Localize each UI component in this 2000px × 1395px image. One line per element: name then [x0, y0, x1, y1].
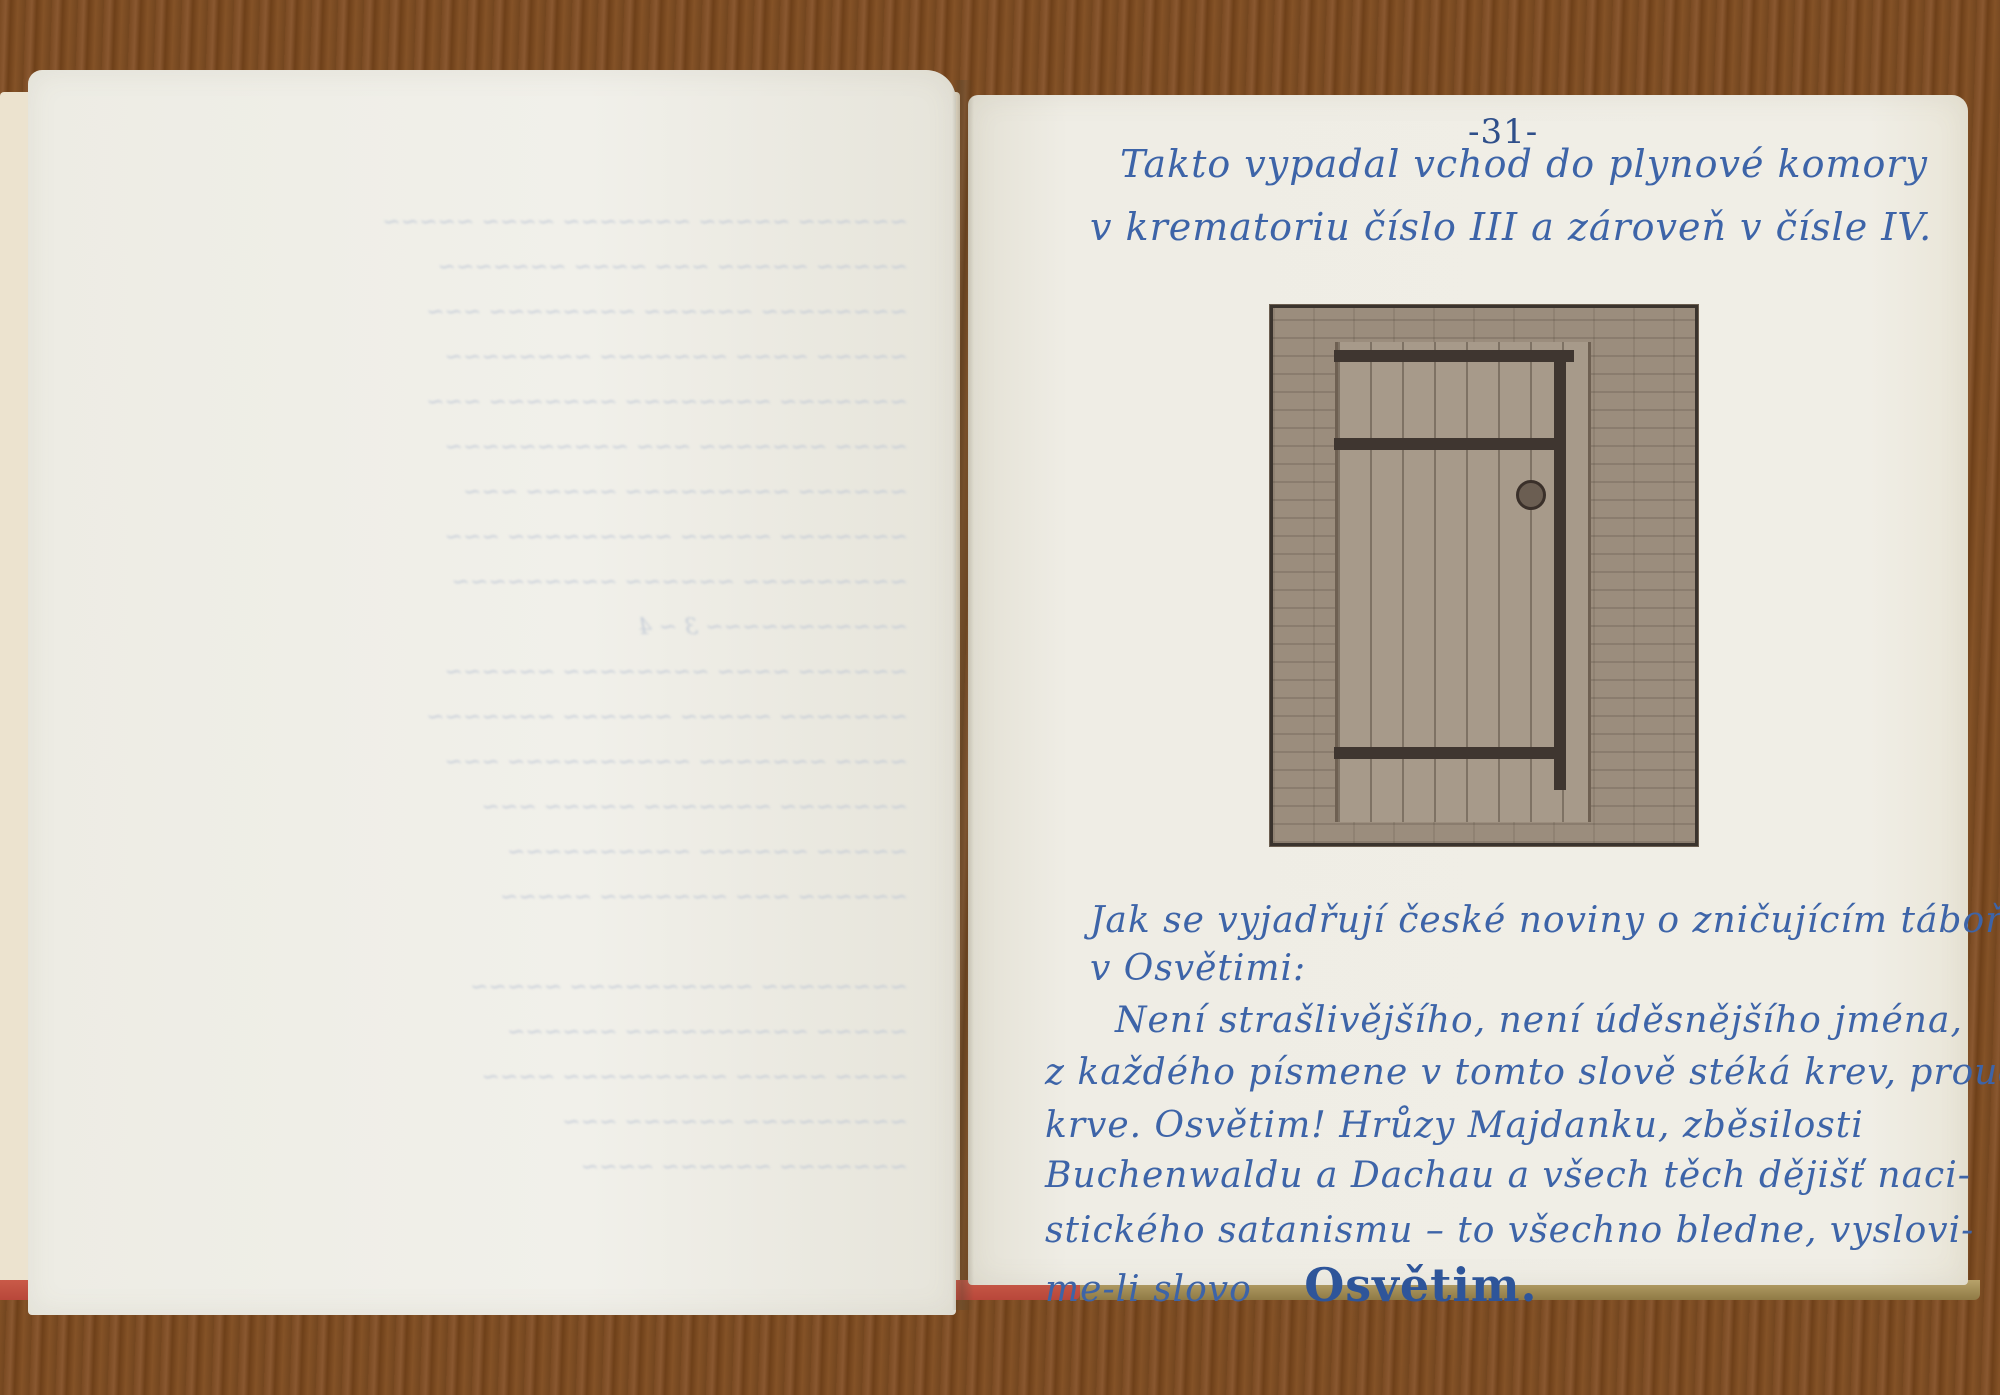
closing-word: Osvětim. [1304, 1258, 1537, 1312]
body-line-2: v Osvětimi: [1090, 948, 1306, 989]
upper-hinge [1334, 438, 1564, 450]
body-line-1: Jak se vyjadřují české noviny o zničujíc… [1090, 900, 2000, 941]
body-line-8: me-li slovo Osvětim. [1045, 1258, 1538, 1312]
bleed-through-text: ~~~~~~ ~~~~~ ~~~~~~~ ~~~~ ~~~~~ ~~~~~ ~~… [108, 200, 908, 1330]
heading-line-2: v krematoriu číslo III a zároveň v čísle… [1090, 205, 1932, 249]
notebook-scene: ~~~~~~ ~~~~~ ~~~~~~~ ~~~~ ~~~~~ ~~~~~ ~~… [0, 0, 2000, 1395]
peephole-icon [1516, 480, 1546, 510]
body-line-6: Buchenwaldu a Dachau a všech těch dějišť… [1045, 1155, 1971, 1196]
book-gutter [952, 80, 974, 1310]
body-line-3: Není strašlivějšího, není úděsnějšího jm… [1115, 1000, 1963, 1041]
lower-hinge [1334, 747, 1564, 759]
body-line-7: stického satanismu – to všechno bledne, … [1045, 1210, 1974, 1251]
door-image [1335, 342, 1591, 822]
left-page: ~~~~~~ ~~~~~ ~~~~~~~ ~~~~ ~~~~~ ~~~~~ ~~… [28, 70, 956, 1315]
top-iron-band [1334, 350, 1574, 362]
body-line-5: krve. Osvětim! Hrůzy Majdanku, zběsilost… [1045, 1105, 1864, 1146]
door-photo-clipping [1270, 305, 1698, 846]
body-line-4: z každého písmene v tomto slově stéká kr… [1045, 1052, 2000, 1093]
side-iron-band [1554, 350, 1566, 790]
heading-line-1: Takto vypadal vchod do plynové komory [1120, 142, 1928, 186]
body-line-8-text: me-li slovo [1045, 1269, 1252, 1310]
